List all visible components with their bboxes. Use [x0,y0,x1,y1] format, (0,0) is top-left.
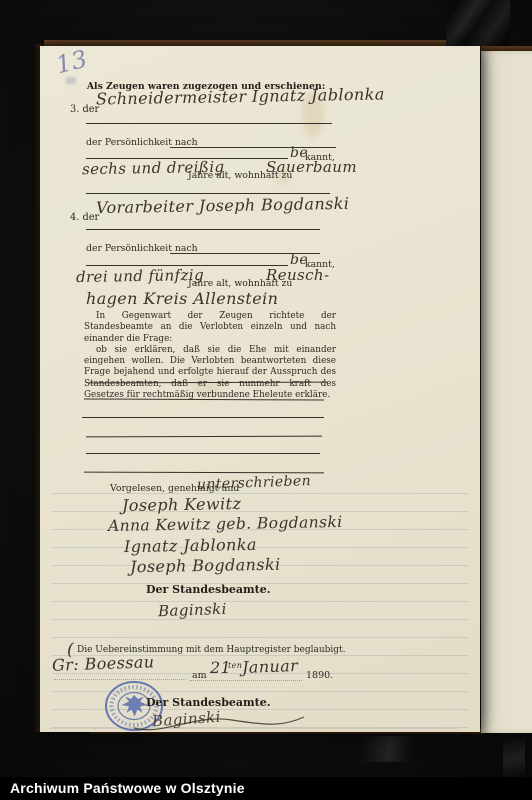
archive-watermark-bar: Archiwum Państwowe w Olsztynie [0,777,532,800]
declaration-paragraph: In Gegenwart der Zeugen richtete der Sta… [84,311,336,401]
witness3-residence-handwritten: Sauerbaum [266,158,357,176]
registrar-title: Der Standesbeamte. [146,583,271,596]
blank-ruled-line [82,417,324,418]
facing-page-edge [481,51,532,733]
declaration-p1: In Gegenwart der Zeugen richtete der Sta… [84,311,336,345]
blank-ruled-line [86,453,320,454]
signature-bride: Anna Kewitz geb. Bogdanski [108,513,343,535]
witness4-age-handwritten: drei und fünfzig [76,266,204,286]
certification-day-suffix: ten [228,661,242,670]
archive-scan-viewer: { "watermark": { "label": "Archiwum Pańs… [0,0,532,800]
certification-month-handwritten: Januar [242,656,299,677]
certification-year-label: 1890. [306,670,333,681]
ruled-line [86,229,320,230]
witness4-residence2-handwritten: hagen Kreis Allenstein [86,289,278,308]
pencil-smudge [66,77,76,84]
binding-tape [446,0,510,46]
closing-handwritten: unterschrieben [197,473,311,493]
registrar-signature: Baginski [158,600,227,620]
declaration-p2: ob sie erklären, daß sie die Ehe mit ein… [84,345,336,401]
register-page: 13 Als Zeugen waren zugezogen und erschi… [40,46,480,732]
certification-registrar-title: Der Standesbeamte. [146,696,271,709]
cover-scuff-marks [356,736,430,762]
dotted-line [50,728,458,729]
witness4-index: 4. der [70,212,99,223]
signature-groom: Joseph Kewitz [122,494,242,515]
witness3-index: 3. der [70,104,99,115]
ruled-line [170,147,336,148]
witness4-name-handwritten: Vorarbeiter Joseph Bogdanski [96,194,350,217]
dotted-line [190,680,302,681]
archive-watermark-label: Archiwum Państwowe w Olsztynie [10,777,245,800]
page-number-pencil: 13 [53,45,90,80]
signature-witness4: Joseph Bogdanski [130,555,281,577]
blank-ruled-line [86,436,322,438]
witness4-residence-handwritten: Reusch- [266,266,329,284]
certification-place-handwritten: Gr: Boessau [52,652,155,675]
ruled-line [86,123,332,124]
cover-scuff-right [503,738,525,778]
witness3-name-handwritten: Schneidermeister Ignatz Jablonka [96,84,385,108]
signature-witness3: Ignatz Jablonka [124,535,257,556]
